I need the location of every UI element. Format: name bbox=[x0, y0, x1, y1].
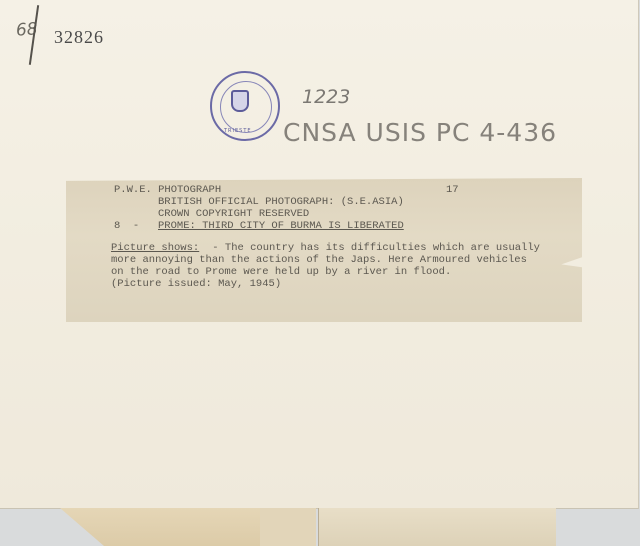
handwritten-number: 1223 bbox=[302, 86, 350, 108]
serial-number: 32826 bbox=[54, 27, 104, 48]
archive-stamp: TRIESTE bbox=[210, 71, 280, 141]
caption-item-number: 8 - bbox=[114, 220, 139, 232]
caption-body-line: - The country has its difficulties which… bbox=[206, 242, 540, 254]
caption-headline: PROME: THIRD CITY OF BURMA IS LIBERATED bbox=[158, 220, 404, 232]
caption-body-line: more annoying than the actions of the Ja… bbox=[111, 254, 527, 266]
caption-agency: P.W.E. PHOTOGRAPH bbox=[114, 184, 221, 196]
archive-reference: CNSA USIS PC 4-436 bbox=[283, 118, 557, 147]
caption-body-label: Picture shows: bbox=[111, 242, 199, 254]
picture-number: 17 bbox=[446, 184, 459, 196]
caption-body-line: on the road to Prome were held up by a r… bbox=[111, 266, 451, 278]
caption-copyright: CROWN COPYRIGHT RESERVED bbox=[158, 208, 309, 220]
tape-remnant bbox=[260, 508, 316, 546]
tape-remnant bbox=[318, 508, 556, 546]
coat-of-arms-shield-icon bbox=[231, 90, 249, 112]
caption-source: BRITISH OFFICIAL PHOTOGRAPH: (S.E.ASIA) bbox=[158, 196, 404, 208]
document-page: 68 32826 TRIESTE 1223 CNSA USIS PC 4-436… bbox=[0, 0, 639, 509]
stamp-text: TRIESTE bbox=[224, 128, 252, 134]
caption-issued-date: (Picture issued: May, 1945) bbox=[111, 278, 281, 290]
tape-remnant bbox=[168, 508, 260, 546]
